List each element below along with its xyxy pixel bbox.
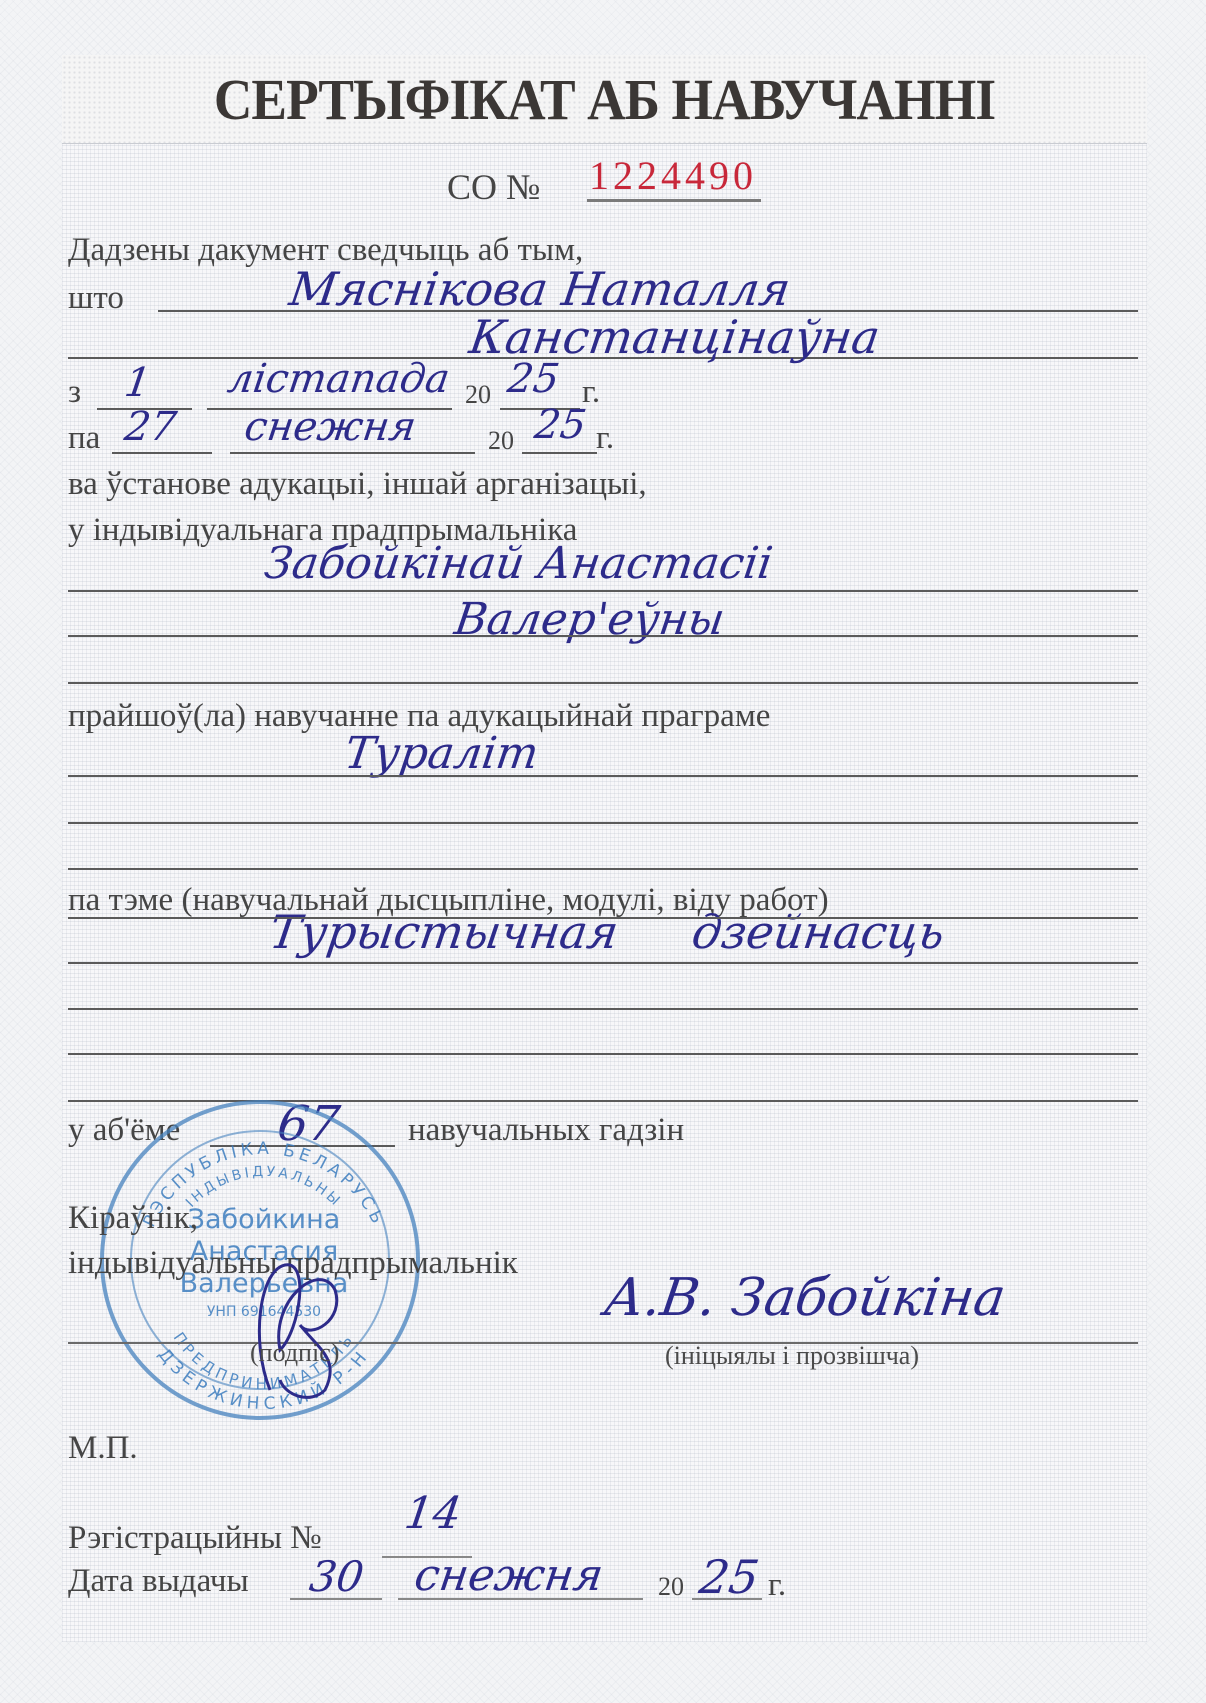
to-month[interactable]: снежня bbox=[242, 404, 419, 450]
registration-number[interactable]: 14 bbox=[401, 1488, 464, 1539]
topic-line-5 bbox=[68, 1100, 1138, 1102]
issue-day[interactable]: 30 bbox=[307, 1552, 367, 1601]
volume-unit: навучальных гадзін bbox=[408, 1112, 684, 1149]
topic-line-1 bbox=[68, 917, 1138, 919]
from-label: з bbox=[68, 374, 81, 411]
topic-line-2 bbox=[68, 962, 1138, 964]
institution-name-line2[interactable]: Валер'еўны bbox=[451, 594, 727, 645]
seal-label: М.П. bbox=[68, 1430, 138, 1467]
certificate-title: СЕРТЫФІКАТ АБ НАВУЧАННІ bbox=[105, 66, 1103, 133]
issue-year[interactable]: 25 bbox=[696, 1550, 762, 1604]
to-label: па bbox=[68, 420, 100, 457]
signature-scribble-icon[interactable] bbox=[240, 1240, 360, 1410]
institution-line-1 bbox=[68, 590, 1138, 592]
initials-caption: (ініцыялы і прозвішча) bbox=[665, 1341, 919, 1371]
program-line-2 bbox=[68, 822, 1138, 824]
head-signature-name[interactable]: А.В. Забойкіна bbox=[601, 1268, 1009, 1328]
series-number: 1224490 bbox=[587, 152, 761, 202]
signature-line bbox=[68, 1342, 1138, 1344]
program-line-3 bbox=[68, 868, 1138, 870]
to-year-suffix: г. bbox=[596, 420, 614, 457]
program-value[interactable]: Тураліт bbox=[341, 728, 541, 779]
issue-month[interactable]: снежня bbox=[411, 1550, 606, 1601]
from-year-prefix: 20 bbox=[465, 380, 491, 410]
to-year[interactable]: 25 bbox=[532, 402, 589, 448]
head-label-1: Кіраўнік, bbox=[68, 1200, 198, 1237]
issue-year-suffix: г. bbox=[768, 1567, 786, 1604]
to-year-prefix: 20 bbox=[488, 426, 514, 456]
issue-year-prefix: 20 bbox=[658, 1572, 684, 1602]
who-label: што bbox=[68, 280, 124, 317]
from-month[interactable]: лістапада bbox=[225, 356, 453, 402]
institution-line-2 bbox=[68, 635, 1138, 637]
institution-line-3 bbox=[68, 682, 1138, 684]
topic-line-3 bbox=[68, 1008, 1138, 1010]
registration-label: Рэгістрацыйны № bbox=[68, 1520, 322, 1557]
to-day-line bbox=[112, 452, 212, 454]
signature-caption: (подпіс) bbox=[250, 1338, 339, 1368]
to-day[interactable]: 27 bbox=[122, 404, 179, 450]
institution-name-line1[interactable]: Забойкінай Анастасіі bbox=[261, 538, 775, 589]
to-month-line bbox=[230, 452, 475, 454]
institution-label-1: ва ўстанове адукацыі, іншай арганізацыі, bbox=[68, 466, 647, 503]
from-year[interactable]: 25 bbox=[505, 356, 562, 402]
recipient-name-line1[interactable]: Мяснікова Наталля bbox=[286, 262, 794, 316]
series-label: СО № bbox=[447, 166, 540, 208]
topic-value[interactable]: Турыстычная дзейнасць bbox=[266, 905, 948, 959]
topic-line-4 bbox=[68, 1053, 1138, 1055]
issue-date-label: Дата выдачы bbox=[68, 1563, 249, 1600]
program-line-1 bbox=[68, 775, 1138, 777]
to-year-line bbox=[522, 452, 597, 454]
